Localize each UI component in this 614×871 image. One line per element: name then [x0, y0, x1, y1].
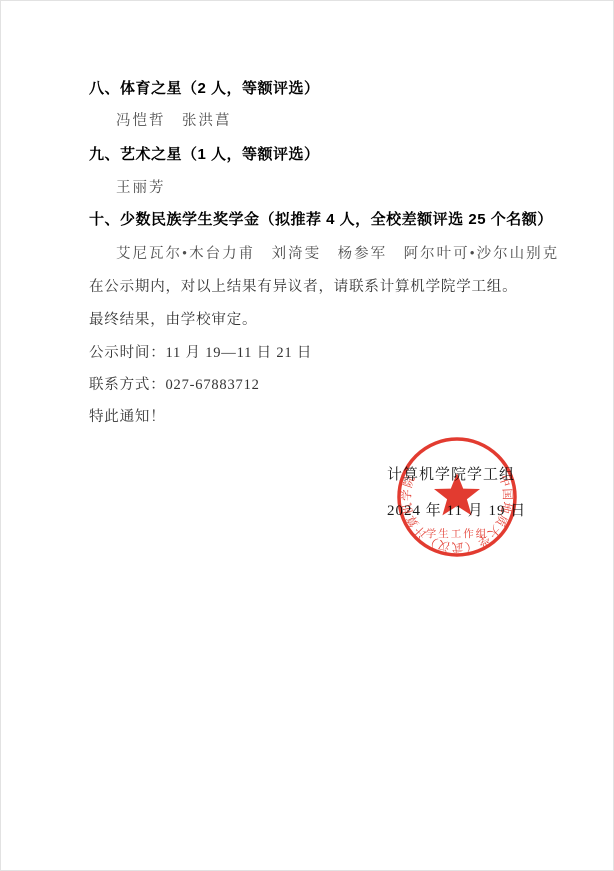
signature-date: 2024 年 11 月 19 日 [387, 499, 526, 520]
paragraph-contact: 联系方式：027-67883712 [89, 373, 260, 394]
paragraph-final-result: 最终结果，由学校审定。 [89, 308, 257, 329]
official-seal: 中国地质大学（武汉）计算机学院 学生工作组 [393, 435, 521, 561]
section-heading-9: 九、艺术之星（1 人，等额评选） [89, 143, 320, 164]
paragraph-objection: 在公示期内，对以上结果有异议者，请联系计算机学院学工组。 [89, 275, 517, 296]
awardee-names-minority: 艾尼瓦尔•木台力甫 刘渏雯 杨参军 阿尔叶可•沙尔山别克 [116, 242, 559, 263]
awardee-names-sports: 冯恺哲 张洪菖 [116, 109, 232, 130]
section-heading-10: 十、少数民族学生奖学金（拟推荐 4 人，全校差额评选 25 个名额） [89, 208, 553, 229]
section-heading-8: 八、体育之星（2 人，等额评选） [89, 77, 320, 98]
paragraph-notice: 特此通知！ [89, 405, 166, 426]
seal-bottom-text: 学生工作组 [426, 527, 489, 540]
document-page: 八、体育之星（2 人，等额评选） 冯恺哲 张洪菖 九、艺术之星（1 人，等额评选… [0, 0, 614, 871]
awardee-names-art: 王丽芳 [116, 176, 166, 197]
seal-ring [399, 439, 515, 555]
paragraph-publicity-time: 公示时间：11 月 19—11 日 21 日 [89, 341, 312, 362]
signature-org: 计算机学院学工组 [387, 463, 515, 484]
